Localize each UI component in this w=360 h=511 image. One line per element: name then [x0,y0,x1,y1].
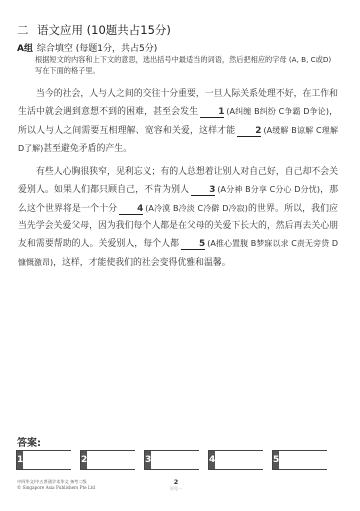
page-subtitle: 页号一 [160,486,192,492]
passage: 当今的社会，人与人之间的交往十分重要，一旦人际关系处理不好，在工作和生活中就会遇… [18,86,338,278]
section-number: 二 [17,22,37,38]
answer-box-4: 4 [208,450,263,470]
footer-publisher: 中四华文/中五普通学术华文 备考二级 © Singapore Asia Publ… [17,479,95,491]
group-heading: A组 综合填空 (每题1分，共占5分) [17,41,157,54]
blank-number: 3 [191,185,215,196]
blank-number: 1 [200,107,224,118]
group-label: A组 [17,41,34,54]
group-title: 综合填空 (每题1分，共占5分) [37,44,157,54]
passage-paragraph: 当今的社会，人与人之间的交往十分重要，一旦人际关系处理不好，在工作和生活中就会遇… [18,86,338,158]
answer-input-5[interactable] [279,451,360,469]
answer-box-3: 3 [144,450,199,470]
answer-box-1: 1 [16,450,71,470]
passage-text: 甚至避免矛盾的产生。 [43,144,132,154]
answer-box-2: 2 [80,450,135,470]
section-heading: 二语文应用 (10题共占15分) [17,22,171,38]
passage-text: ，这样，才能使我们的社会变得优雅和温馨。 [53,258,231,268]
page-number: 2 [166,478,186,486]
answer-options: (A分神 B分享 C分心 D分忧) [217,185,320,194]
instruction-text: 根据短文的内容和上下文的意思，选出括号中最适当的词语，然后把相应的字母 (A, … [35,54,335,76]
answer-options: (A冷漠 B冷淡 C冷僻 D冷寂) [145,204,248,213]
footer-copyright: © Singapore Asia Publishers Pte Ltd [17,485,95,491]
blank-number: 5 [181,239,205,250]
section-title: 语文应用 (10题共占15分) [37,23,171,37]
blank-number: 4 [119,204,143,215]
answer-box-5: 5 [272,450,327,470]
answer-label: 答案: [17,434,41,449]
answer-options: (A纠缠 B纠纷 C争霸 D争论) [226,107,329,116]
passage-paragraph: 有些人心胸很狭窄，见利忘义；有的人总想着让别人对自己好，自己却不会关爱别人。如果… [18,164,338,272]
blank-number: 2 [237,126,261,137]
